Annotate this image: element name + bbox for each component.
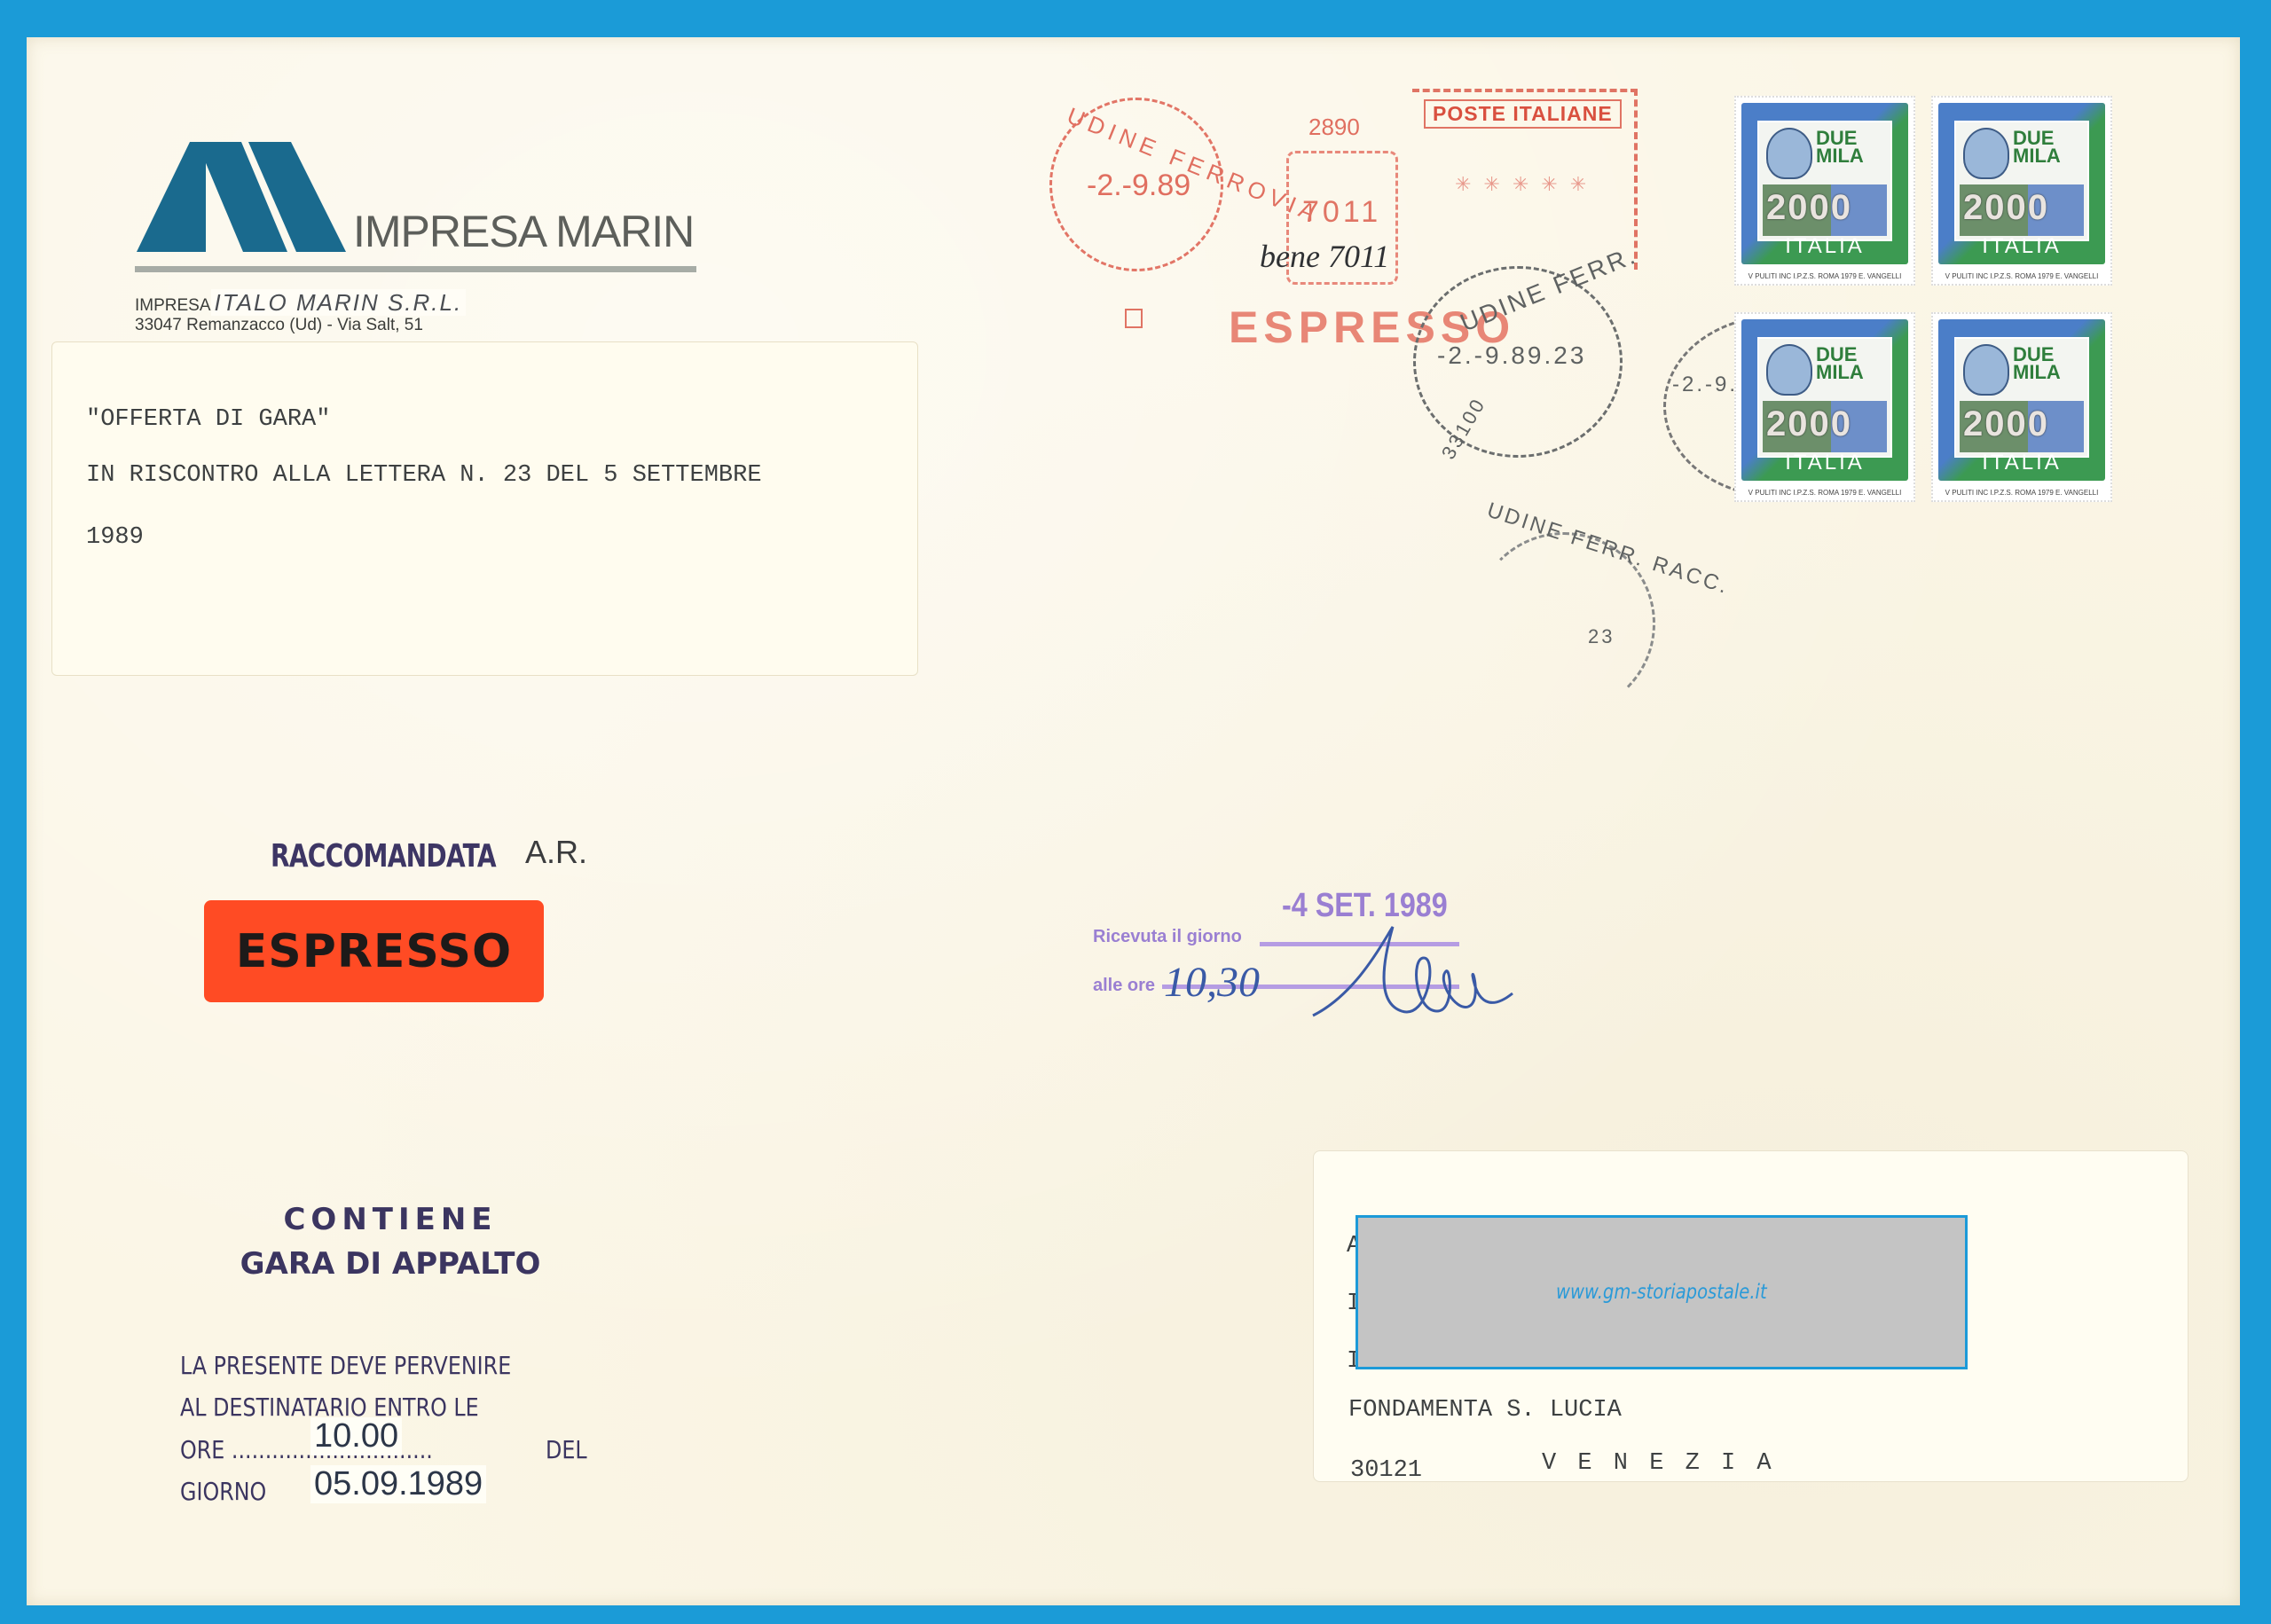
stamp-imprint: V PULITI INC I.P.Z.S. ROMA 1979 E. VANGE… xyxy=(1736,489,1913,497)
italia-turrita-head-icon xyxy=(1766,344,1812,396)
stamp-value: 2000 xyxy=(1963,188,2049,228)
stamp-value: 2000 xyxy=(1963,404,2049,444)
signature-icon xyxy=(1304,922,1517,1029)
recipient-street: FONDAMENTA S. LUCIA xyxy=(1348,1397,1622,1424)
stamp-caption: DUE MILA xyxy=(1816,346,1890,381)
stamp-caption: DUE MILA xyxy=(2013,129,2087,165)
impresa-marin-logo-icon xyxy=(135,140,348,254)
stamp: DUE MILA 2000 ITALIA V PULITI INC I.P.Z.… xyxy=(1931,96,2112,286)
recipient-postcode: 30121 xyxy=(1350,1457,1422,1484)
meter-date: -2.-9.89 xyxy=(1087,169,1191,203)
stamp-imprint: V PULITI INC I.P.Z.S. ROMA 1979 E. VANGE… xyxy=(1933,489,2110,497)
recipient-city: V E N E Z I A xyxy=(1542,1450,1775,1477)
deadline-line-1: LA PRESENTE DEVE PERVENIRE xyxy=(180,1351,511,1380)
receipt-date: -4 SET. 1989 xyxy=(1282,887,1448,925)
handwritten-note: bene 7011 xyxy=(1260,238,1389,275)
receipt-time-handwritten: 10,30 xyxy=(1164,958,1260,1007)
registered-square-icon xyxy=(1125,309,1143,328)
italia-turrita-head-icon xyxy=(1766,128,1812,179)
deadline-hour-handwritten: 10.00 xyxy=(310,1417,402,1455)
stamp-value: 2000 xyxy=(1766,404,1852,444)
contiene-title: CONTIENE xyxy=(0,1202,781,1237)
logo-name: IMPRESA MARIN xyxy=(353,206,694,257)
meter-code: 2890 xyxy=(1308,114,1360,141)
company-name: IMPRESAITALO MARIN S.R.L. xyxy=(135,289,466,317)
postmark-1-date: -2.-9.89.23 xyxy=(1437,341,1586,370)
stamp-caption: DUE MILA xyxy=(2013,346,2087,381)
espresso-label: ESPRESSO xyxy=(204,900,544,1002)
italia-turrita-head-icon xyxy=(1963,344,2009,396)
company-handwritten: ITALO MARIN S.R.L. xyxy=(211,289,467,316)
watermark-url: www.gm-storiapostale.it xyxy=(1556,1281,1767,1304)
stamp-country: ITALIA xyxy=(1933,234,2110,259)
receipt-day-label: Ricevuta il giorno xyxy=(1093,927,1242,947)
company-prefix: IMPRESA xyxy=(135,296,211,315)
postmark-3-date: 23 xyxy=(1588,625,1615,648)
stamp-caption: DUE MILA xyxy=(1816,129,1890,165)
subject-line-1: "OFFERTA DI GARA" xyxy=(86,406,330,433)
stamp-imprint: V PULITI INC I.P.Z.S. ROMA 1979 E. VANGE… xyxy=(1736,272,1913,280)
redaction-box: www.gm-storiapostale.it xyxy=(1356,1215,1968,1369)
sender-address: 33047 Remanzacco (Ud) - Via Salt, 51 xyxy=(135,316,423,335)
deadline-line-3-suffix: DEL xyxy=(546,1435,587,1464)
logo-rule xyxy=(135,266,696,272)
stamp-imprint: V PULITI INC I.P.Z.S. ROMA 1979 E. VANGE… xyxy=(1933,272,2110,280)
espresso-text: ESPRESSO xyxy=(236,925,512,978)
deadline-date-handwritten: 05.09.1989 xyxy=(310,1465,486,1503)
raccomandata-stamp: RACCOMANDATA xyxy=(271,838,496,875)
gara-appalto-title: GARA DI APPALTO xyxy=(0,1246,781,1282)
stars-icon: ✳✳✳✳✳ xyxy=(1455,173,1599,196)
stamp: DUE MILA 2000 ITALIA V PULITI INC I.P.Z.… xyxy=(1931,312,2112,502)
italia-turrita-head-icon xyxy=(1963,128,2009,179)
stamp-value: 2000 xyxy=(1766,188,1852,228)
poste-italiane-text: POSTE ITALIANE xyxy=(1424,99,1622,129)
stamp-country: ITALIA xyxy=(1933,451,2110,475)
ar-handwritten: A.R. xyxy=(525,834,587,871)
subject-line-2: IN RISCONTRO ALLA LETTERA N. 23 DEL 5 SE… xyxy=(86,462,762,489)
subject-line-3: 1989 xyxy=(86,524,144,551)
stamp: DUE MILA 2000 ITALIA V PULITI INC I.P.Z.… xyxy=(1734,96,1915,286)
stamp-block: DUE MILA 2000 ITALIA V PULITI INC I.P.Z.… xyxy=(1734,96,2109,502)
subject-label: "OFFERTA DI GARA" IN RISCONTRO ALLA LETT… xyxy=(51,341,918,676)
stamp-country: ITALIA xyxy=(1736,451,1913,475)
stamp: DUE MILA 2000 ITALIA V PULITI INC I.P.Z.… xyxy=(1734,312,1915,502)
stamp-country: ITALIA xyxy=(1736,234,1913,259)
deadline-line-4-prefix: GIORNO xyxy=(180,1477,266,1506)
meter-amount: 7011 xyxy=(1302,195,1381,230)
receipt-time-label: alle ore xyxy=(1093,976,1155,996)
